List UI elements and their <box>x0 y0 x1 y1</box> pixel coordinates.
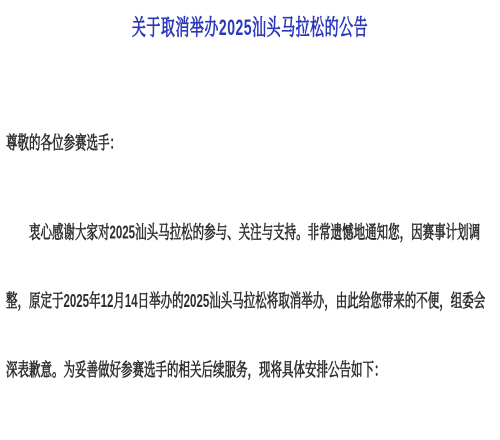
page-title: 关于取消举办2025汕头马拉松的公告 <box>0 0 500 38</box>
body-line-1: 衷心感谢大家对2025汕头马拉松的参与、关注与支持。非常遗憾地通知您，因赛事计划… <box>6 199 494 268</box>
announcement-page: 关于取消举办2025汕头马拉松的公告 尊敬的各位参赛选手： 衷心感谢大家对202… <box>0 0 500 440</box>
content-area: 关于取消举办2025汕头马拉松的公告 尊敬的各位参赛选手： 衷心感谢大家对202… <box>0 0 500 406</box>
announcement-body: 衷心感谢大家对2025汕头马拉松的参与、关注与支持。非常遗憾地通知您，因赛事计划… <box>0 199 500 405</box>
salutation-line: 尊敬的各位参赛选手： <box>0 136 500 154</box>
body-line-2: 整，原定于2025年12月14日举办的2025汕头马拉松将取消举办，由此给您带来… <box>6 268 494 337</box>
body-line-3: 深表歉意。为妥善做好参赛选手的相关后续服务，现将具体安排公告如下： <box>6 337 494 406</box>
